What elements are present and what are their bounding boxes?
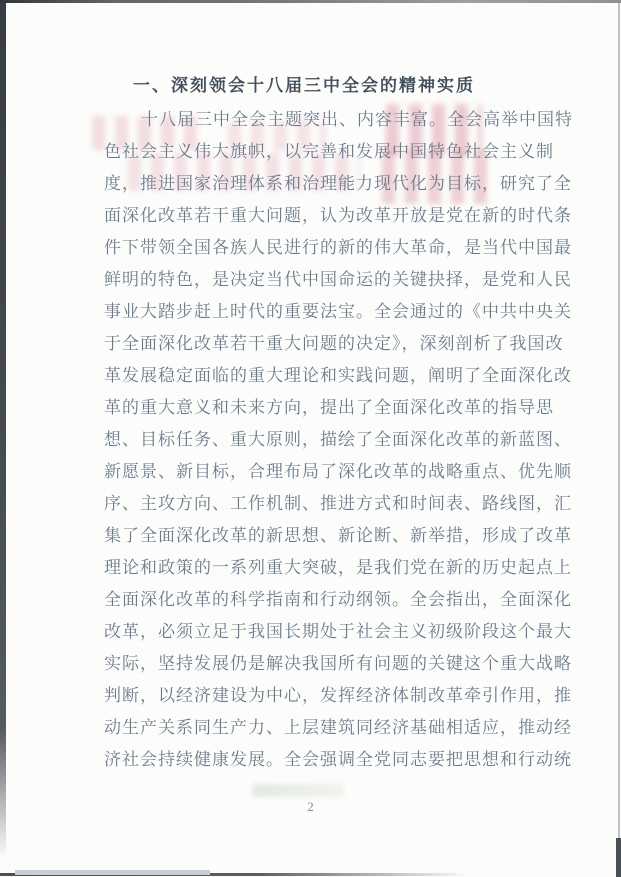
scan-edge-right <box>618 3 620 848</box>
scanned-document-page: 一、深刻领会十八届三中全会的精神实质 十八届三中全会主题突出、内容丰富。全会高举… <box>0 0 621 877</box>
body-line: 动生产关系同生产力、上层建筑同经济基础相适应，推动经 <box>104 712 542 744</box>
body-line: 序、主攻方向、工作机制、推进方式和时间表、路线图，汇 <box>104 488 542 520</box>
body-line: 十八届三中全会主题突出、内容丰富。全会高举中国特 <box>104 104 542 136</box>
scan-edge-left <box>0 0 6 858</box>
body-line: 理论和政策的一系列重大突破，是我们党在新的历史起点上 <box>104 552 542 584</box>
body-line: 革的重大意义和未来方向，提出了全面深化改革的指导思 <box>104 392 542 424</box>
scan-edge-bottom-light <box>15 870 210 875</box>
body-line: 面深化改革若干重大问题，认为改革开放是党在新的时代条 <box>104 200 542 232</box>
body-line: 判断，以经济建设为中心，发挥经济体制改革牵引作用，推 <box>104 680 542 712</box>
body-line: 济社会持续健康发展。全会强调全党同志要把思想和行动统 <box>104 744 542 776</box>
scan-edge-right-bottom <box>616 838 621 877</box>
body-line: 集了全面深化改革的新思想、新论断、新举措，形成了改革 <box>104 520 542 552</box>
body-line: 鲜明的特色，是决定当代中国命运的关键抉择，是党和人民 <box>104 264 542 296</box>
scan-edge-top <box>0 0 621 3</box>
document-body: 一、深刻领会十八届三中全会的精神实质 十八届三中全会主题突出、内容丰富。全会高举… <box>104 70 542 776</box>
body-line: 于全面深化改革若干重大问题的决定》，深刻剖析了我国改 <box>104 328 542 360</box>
body-line: 新愿景、新目标，合理布局了深化改革的战略重点、优先顺 <box>104 456 542 488</box>
body-line: 件下带领全国各族人民进行的新的伟大革命，是当代中国最 <box>104 232 542 264</box>
body-line: 革发展稳定面临的重大理论和实践问题，阐明了全面深化改 <box>104 360 542 392</box>
body-line: 事业大踏步赶上时代的重要法宝。全会通过的《中共中央关 <box>104 296 542 328</box>
body-line: 度，推进国家治理体系和治理能力现代化为目标，研究了全 <box>104 168 542 200</box>
scan-edge-bottom <box>0 873 470 876</box>
body-line: 全面深化改革的科学指南和行动纲领。全会指出，全面深化 <box>104 584 542 616</box>
body-line: 想、目标任务、重大原则，描绘了全面深化改革的新蓝图、 <box>104 424 542 456</box>
body-line: 实际，坚持发展仍是解决我国所有问题的关键这个重大战略 <box>104 648 542 680</box>
page-number: 2 <box>0 798 621 816</box>
body-line: 色社会主义伟大旗帜，以完善和发展中国特色社会主义制 <box>104 136 542 168</box>
paragraph: 十八届三中全会主题突出、内容丰富。全会高举中国特色社会主义伟大旗帜，以完善和发展… <box>104 104 542 776</box>
body-line: 改革，必须立足于我国长期处于社会主义初级阶段这个最大 <box>104 616 542 648</box>
faint-smudge-artifact <box>252 784 344 797</box>
section-heading: 一、深刻领会十八届三中全会的精神实质 <box>133 70 542 102</box>
